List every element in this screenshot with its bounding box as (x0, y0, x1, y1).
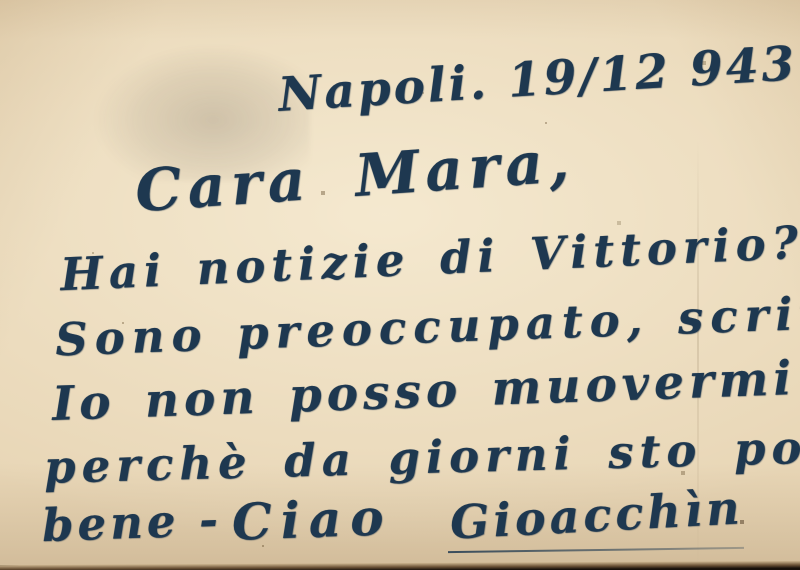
handwritten-date-line: Napoli. 19/12 943 (277, 36, 799, 123)
handwritten-body-line-5: bene - (41, 493, 223, 552)
paper-specks (0, 0, 2, 2)
signature-underline-stroke (448, 547, 744, 553)
scanned-postcard-scene: Napoli. 19/12 943 Cara Mara, Hai notizie… (0, 0, 800, 570)
handwritten-signature: Gioacchìn (449, 480, 745, 549)
postcard-paper: Napoli. 19/12 943 Cara Mara, Hai notizie… (0, 0, 800, 565)
handwritten-body-line-3: Io non posso muovermi (51, 351, 797, 432)
handwritten-body-line-1: Hai notizie di Vittorio? (59, 216, 800, 301)
handwritten-closing: Ciao (231, 487, 394, 552)
